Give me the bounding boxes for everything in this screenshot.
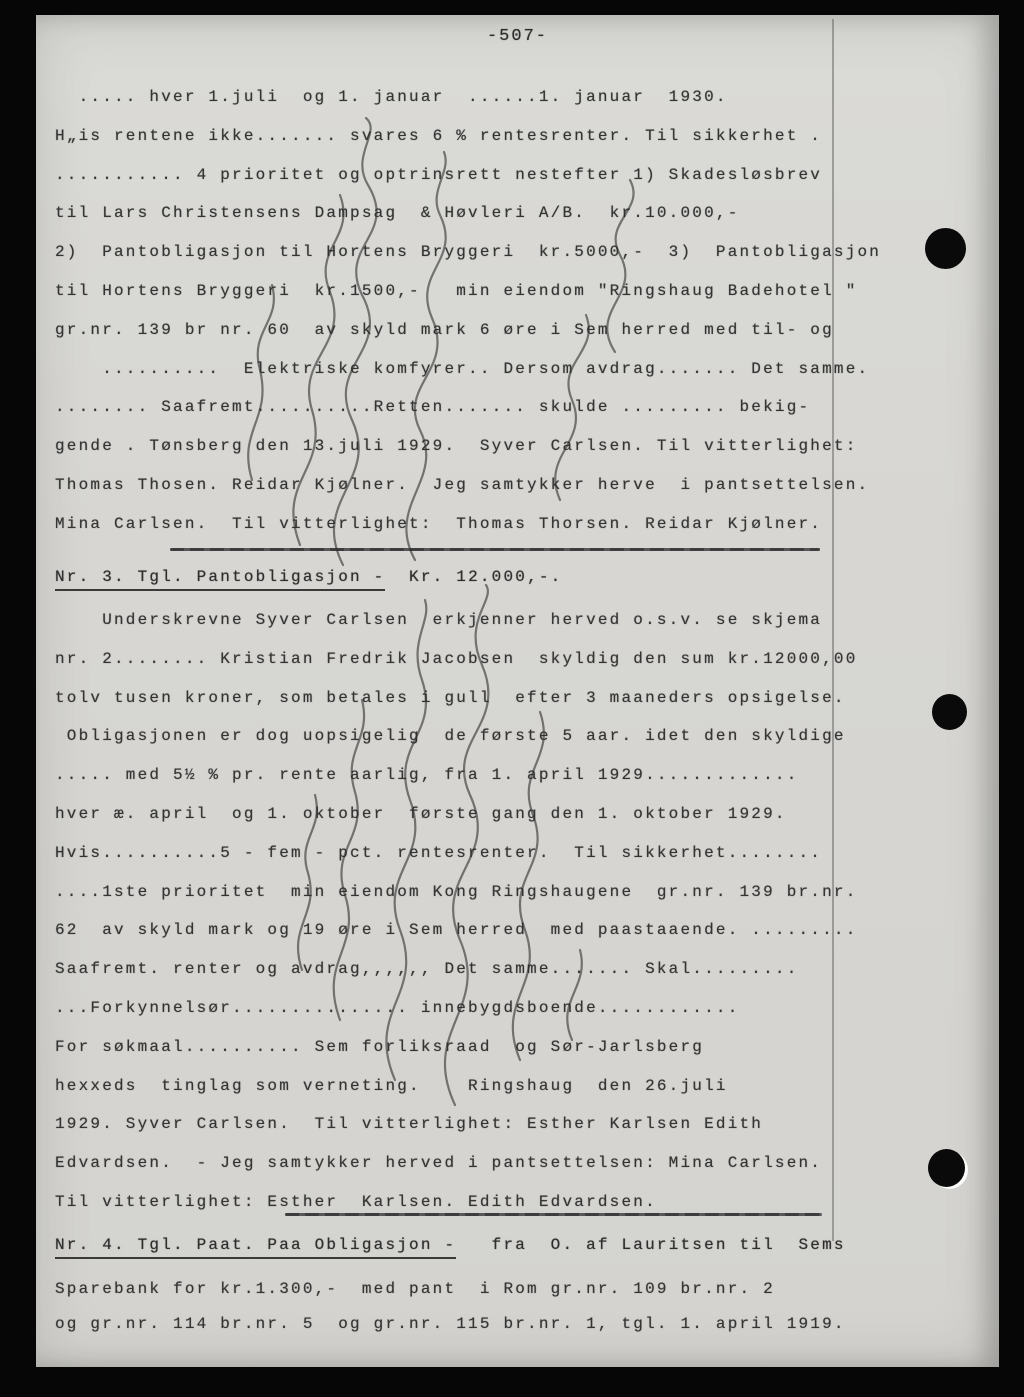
text-line: Hvis..........5 - fem - pct. rentesrente… bbox=[55, 834, 955, 873]
text-line: Underskrevne Syver Carlsen erkjenner her… bbox=[55, 601, 955, 640]
text-line: Thomas Thosen. Reidar Kjølner. Jeg samty… bbox=[55, 466, 955, 505]
section-3-heading: Nr. 3. Tgl. Pantobligasjon - Kr. 12.000,… bbox=[55, 568, 955, 586]
text-line: .......... Elektriske komfyrer.. Dersom … bbox=[55, 350, 955, 389]
section-3-text: Sparebank for kr.1.300,- med pant i Rom … bbox=[55, 1272, 955, 1342]
text-line: For søkmaal.......... Sem forliksraad og… bbox=[55, 1028, 955, 1067]
text-line: hexxeds tinglag som verneting. Ringshaug… bbox=[55, 1067, 955, 1106]
text-line: Obligasjonen er dog uopsigelig de første… bbox=[55, 717, 955, 756]
text-line: og gr.nr. 114 br.nr. 5 og gr.nr. 115 br.… bbox=[55, 1307, 955, 1342]
text-line: hver æ. april og 1. oktober første gang … bbox=[55, 795, 955, 834]
text-line: ........... 4 prioritet og optrinsrett n… bbox=[55, 156, 955, 195]
text-line: til Hortens Bryggeri kr.1500,- min eiend… bbox=[55, 272, 955, 311]
text-line: ....1ste prioritet min eiendom Kong Ring… bbox=[55, 873, 955, 912]
text-line: H„is rentene ikke....... svares 6 % rent… bbox=[55, 117, 955, 156]
section-4-heading: Nr. 4. Tgl. Paat. Paa Obligasjon - fra O… bbox=[55, 1236, 955, 1254]
heading-underlined: Nr. 4. Tgl. Paat. Paa Obligasjon - bbox=[55, 1236, 456, 1259]
ledger-margin-line bbox=[832, 19, 834, 1241]
text-line: ..... hver 1.juli og 1. januar ......1. … bbox=[55, 78, 955, 117]
text-line: gr.nr. 139 br nr. 60 av skyld mark 6 øre… bbox=[55, 311, 955, 350]
text-line: Mina Carlsen. Til vitterlighet: Thomas T… bbox=[55, 505, 955, 544]
text-line: ..... med 5½ % pr. rente aarlig, fra 1. … bbox=[55, 756, 955, 795]
text-line: tolv tusen kroner, som betales i gull ef… bbox=[55, 679, 955, 718]
punch-hole bbox=[928, 1149, 965, 1187]
heading-rest: fra O. af Lauritsen til Sems bbox=[456, 1236, 845, 1254]
document-page: -507- ..... hver 1.juli og 1. januar ...… bbox=[36, 15, 999, 1367]
text-line: Saafremt. renter og avdrag,,,,,, Det sam… bbox=[55, 950, 955, 989]
text-line: nr. 2........ Kristian Fredrik Jacobsen … bbox=[55, 640, 955, 679]
text-line: ........ Saafremt..........Retten.......… bbox=[55, 388, 955, 427]
text-line: ...Forkynnelsør............... innebygds… bbox=[55, 989, 955, 1028]
text-line: 2) Pantobligasjon til Hortens Bryggeri k… bbox=[55, 233, 955, 272]
punch-hole bbox=[925, 228, 966, 269]
text-line: 62 av skyld mark og 19 øre i Sem herred … bbox=[55, 911, 955, 950]
punch-hole bbox=[932, 694, 967, 730]
heading-rest: Kr. 12.000,-. bbox=[385, 568, 562, 586]
horizontal-rule bbox=[285, 1213, 822, 1216]
text-line: Edvardsen. - Jeg samtykker herved i pant… bbox=[55, 1144, 955, 1183]
page-number: -507- bbox=[36, 27, 999, 46]
section-1-text: ..... hver 1.juli og 1. januar ......1. … bbox=[55, 78, 955, 544]
text-line: gende . Tønsberg den 13.juli 1929. Syver… bbox=[55, 427, 955, 466]
text-line: 1929. Syver Carlsen. Til vitterlighet: E… bbox=[55, 1105, 955, 1144]
text-line: til Lars Christensens Dampsag & Høvleri … bbox=[55, 194, 955, 233]
scanned-document: { "page": { "number": "-507-", "handwrit… bbox=[0, 0, 1024, 1397]
text-line: Sparebank for kr.1.300,- med pant i Rom … bbox=[55, 1272, 955, 1307]
section-2-text: Underskrevne Syver Carlsen erkjenner her… bbox=[55, 601, 955, 1222]
heading-underlined: Nr. 3. Tgl. Pantobligasjon - bbox=[55, 568, 385, 591]
horizontal-rule bbox=[170, 548, 820, 551]
